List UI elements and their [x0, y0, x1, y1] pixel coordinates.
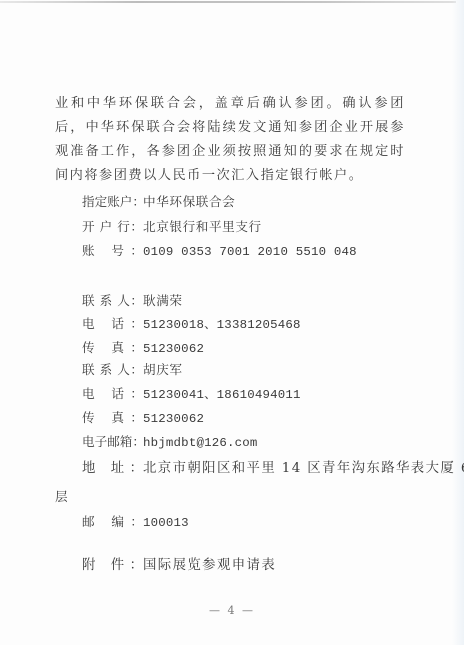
contact-1-fax-row: 传 真： 51230062 [82, 337, 204, 356]
contact-1-phone-row: 电 话： 51230018、13381205468 [82, 313, 301, 332]
contact-2-phone-label: 电 话： [82, 383, 143, 402]
postcode-row: 邮 编： 100013 [82, 511, 189, 530]
body-paragraph: 业和中华环保联合会，盖章后确认参团。确认参团后，中华环保联合会将陆续发文通知参团… [55, 92, 405, 188]
address-row: 地 址： 北京市朝阳区和平里 14 区青年沟东路华表大厦 6 [82, 457, 464, 476]
bank-account-name-value: 中华环保联合会 [143, 191, 235, 210]
address-value: 北京市朝阳区和平里 14 区青年沟东路华表大厦 6 [143, 457, 464, 476]
contact-1-phone-value: 51230018、13381205468 [143, 314, 301, 332]
postcode-value: 100013 [143, 516, 189, 530]
bank-name-row: 开 户 行： 北京银行和平里支行 [82, 216, 262, 235]
contact-2-phone-row: 电 话： 51230041、18610494011 [82, 383, 301, 402]
bank-name-label: 开 户 行： [82, 216, 143, 235]
bank-account-name-row: 指定账户： 中华环保联合会 [82, 191, 235, 210]
contact-2-fax-value: 51230062 [143, 412, 204, 426]
contact-2-fax-row: 传 真： 51230062 [82, 407, 204, 426]
contact-2-name-label: 联 系 人： [82, 359, 143, 378]
contact-1-name-value: 耿满荣 [143, 290, 183, 309]
address-wrap-line: 层 [55, 486, 68, 505]
email-value: hbjmdbt@126.com [143, 436, 258, 450]
bank-account-name-label: 指定账户： [82, 191, 143, 210]
contact-2-fax-label: 传 真： [82, 407, 143, 426]
contact-2-name-row: 联 系 人： 胡庆军 [82, 359, 183, 378]
attachment-value: 国际展览参观申请表 [143, 554, 276, 573]
bank-name-value: 北京银行和平里支行 [143, 216, 262, 235]
contact-1-name-row: 联 系 人： 耿满荣 [82, 290, 183, 309]
postcode-label: 邮 编： [82, 511, 143, 530]
contact-1-name-label: 联 系 人： [82, 290, 143, 309]
contact-2-phone-value: 51230041、18610494011 [143, 384, 301, 402]
document-page: 业和中华环保联合会，盖章后确认参团。确认参团后，中华环保联合会将陆续发文通知参团… [0, 0, 464, 645]
contact-2-name-value: 胡庆军 [143, 359, 183, 378]
page-number: — 4 — [0, 604, 464, 617]
bank-account-number-row: 账 号： 0109 0353 7001 2010 5510 048 [82, 240, 357, 259]
attachment-label: 附 件： [82, 554, 143, 573]
contact-1-fax-label: 传 真： [82, 337, 143, 356]
email-row: 电子邮箱： hbjmdbt@126.com [82, 431, 258, 450]
attachment-row: 附 件： 国际展览参观申请表 [82, 554, 276, 573]
email-label: 电子邮箱： [82, 431, 143, 450]
bank-account-number-label: 账 号： [82, 240, 143, 259]
scan-edge-top [0, 1, 456, 3]
address-label: 地 址： [82, 457, 143, 476]
bank-account-number-value: 0109 0353 7001 2010 5510 048 [143, 245, 357, 259]
contact-1-phone-label: 电 话： [82, 313, 143, 332]
contact-1-fax-value: 51230062 [143, 342, 204, 356]
scan-edge-right [452, 0, 464, 645]
